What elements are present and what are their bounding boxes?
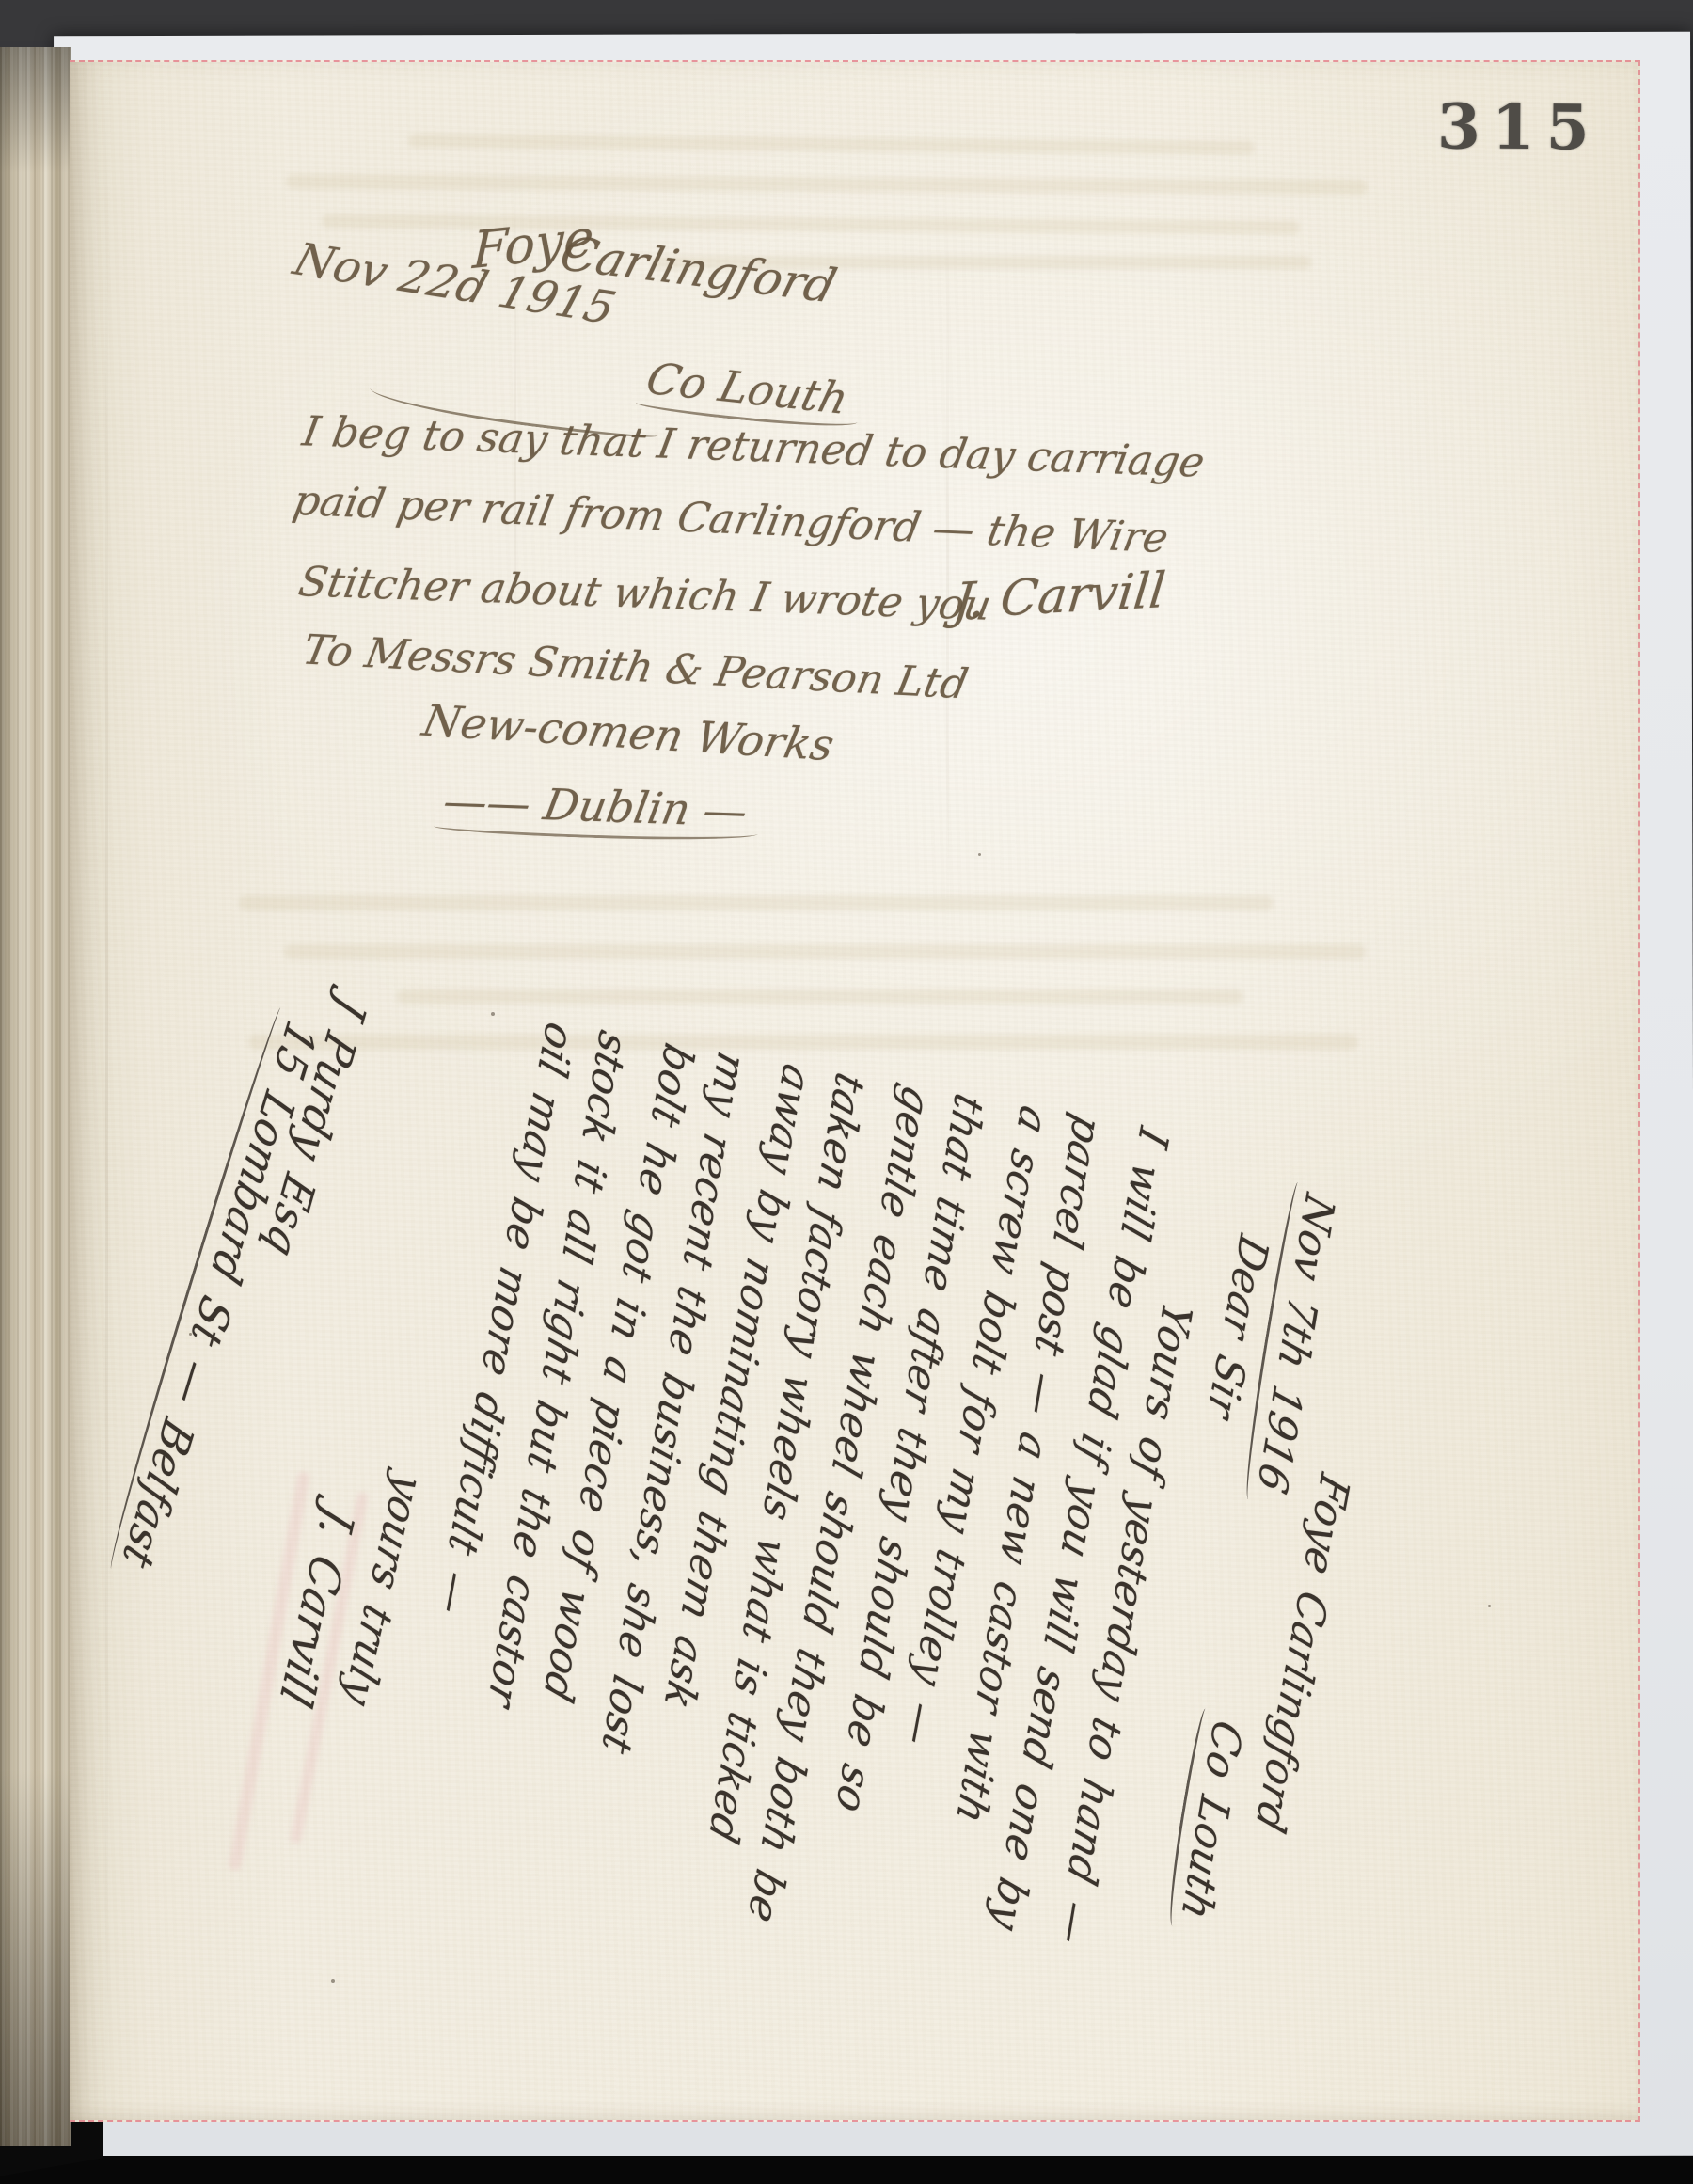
ink-showthrough [408, 134, 1255, 155]
ink-showthrough [322, 214, 1300, 234]
ink-showthrough [286, 174, 1368, 195]
letterbook-scan: 315 Foye Carlingford Co Louth Nov 22d 19… [0, 0, 1693, 2184]
letter-top-signature: J. Carvill [951, 562, 1168, 630]
scanner-bed-bottom [0, 2156, 1693, 2184]
letter-top-recipient-line: —— Dublin — [439, 776, 752, 837]
ink-showthrough [284, 944, 1366, 959]
ink-speck [978, 853, 981, 856]
ink-speck [331, 1979, 335, 1983]
ink-showthrough [397, 989, 1243, 1004]
ink-showthrough [239, 895, 1274, 910]
book-gutter-page-stack [0, 47, 71, 2146]
ink-speck [1488, 1605, 1491, 1607]
page-number-stamp: 315 [1437, 89, 1601, 164]
